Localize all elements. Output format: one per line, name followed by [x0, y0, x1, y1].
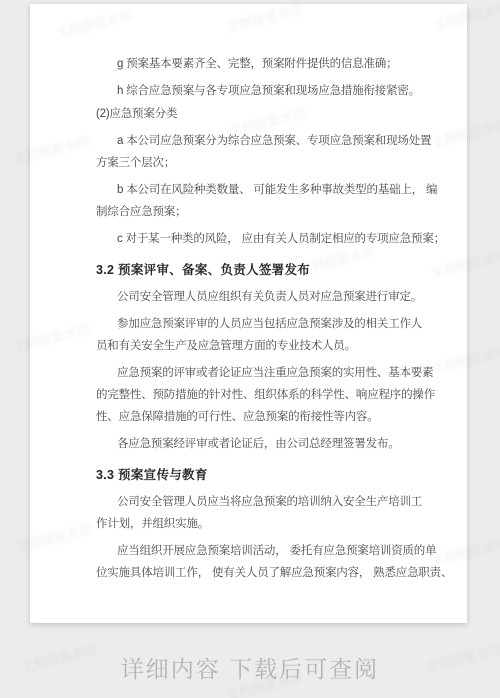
doc-line: 应急预案的评审或者论证应当注重应急预案的实用性、基本要素 — [96, 362, 429, 384]
doc-heading: 3.3 预案宣传与教育 — [96, 464, 429, 486]
doc-line: 应当组织开展应急预案培训活动， 委托有应急预案培训资质的单 — [96, 540, 429, 562]
doc-line: a 本公司应急预案分为综合应急预案、专项应急预案和现场处置 — [96, 130, 429, 152]
doc-line: b 本公司在风险种类数量、 可能发生多种事故类型的基础上， 编 — [96, 179, 429, 201]
doc-line: 员和有关安全生产及应急管理方面的专业技术人员。 — [96, 335, 429, 357]
doc-line: 公司安全管理人员应当将应急预案的培训纳入安全生产培训工 — [96, 491, 429, 513]
doc-line: (2)应急预案分类 — [96, 103, 429, 125]
doc-line: 参加应急预案评审的人员应当包括应急预案涉及的相关工作人 — [96, 313, 429, 335]
doc-line: g 预案基本要素齐全、完整，预案附件提供的信息准确； — [96, 53, 429, 75]
doc-line: 性、应急保障措施的可行性、应急预案的衔接性等内容。 — [96, 406, 429, 428]
doc-line: c 对于某一种类的风险， 应由有关人员制定相应的专项应急预案； — [96, 228, 429, 250]
doc-line: 公司安全管理人员应组织有关负责人员对应急预案进行审定。 — [96, 286, 429, 308]
doc-heading: 3.2 预案评审、备案、负责人签署发布 — [96, 259, 429, 281]
document-preview-screen: g 预案基本要素齐全、完整，预案附件提供的信息准确；h 综合应急预案与各专项应急… — [0, 0, 500, 698]
doc-line: 各应急预案经评审或者论证后，由公司总经理签署发布。 — [96, 433, 429, 455]
document-content: g 预案基本要素齐全、完整，预案附件提供的信息准确；h 综合应急预案与各专项应急… — [30, 4, 467, 584]
doc-line: h 综合应急预案与各专项应急预案和现场应急措施衔接紧密。 — [96, 80, 429, 102]
doc-line: 制综合应急预案； — [96, 201, 429, 223]
doc-line: 的完整性、预防措施的针对性、组织体系的科学性、响应程序的操作 — [96, 384, 429, 406]
doc-line: 作计划，并组织实施。 — [96, 513, 429, 535]
preview-footer-note: 详细内容 下载后可查阅 — [0, 651, 500, 684]
doc-line: 方案三个层次； — [96, 152, 429, 174]
document-page: g 预案基本要素齐全、完整，预案附件提供的信息准确；h 综合应急预案与各专项应急… — [30, 4, 467, 623]
doc-line: 位实施具体培训工作， 使有关人员了解应急预案内容， 熟悉应急职责、 — [96, 562, 429, 584]
